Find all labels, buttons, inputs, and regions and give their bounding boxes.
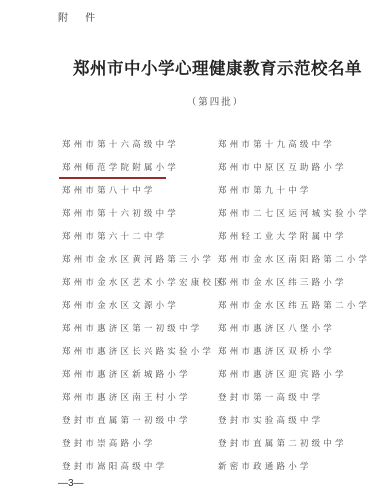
list-item: 登封市直属第二初级中学: [218, 437, 370, 460]
list-item: 郑州市金水区艺术小学宏康校区: [62, 276, 226, 299]
school-list-left: 郑州市第十六高级中学 郑州师范学院附属小学 郑州市第八十中学 郑州市第十六初级中…: [62, 138, 226, 483]
list-item: 郑州市金水区纬三路小学: [218, 276, 370, 299]
list-item: 郑州市第十六初级中学: [62, 207, 226, 230]
list-item: 郑州市第十六高级中学: [62, 138, 226, 161]
list-item: 郑州市金水区纬五路第二小学: [218, 299, 370, 322]
list-item: 郑州市惠济区新城路小学: [62, 368, 226, 391]
school-list-right: 郑州市第十九高级中学 郑州市中原区互助路小学 郑州市第九十中学 郑州市二七区运河…: [218, 138, 370, 483]
batch-label: （第四批）: [0, 94, 379, 108]
list-item: 郑州市惠济区双桥小学: [218, 345, 370, 368]
list-item: 郑州市第八十中学: [62, 184, 226, 207]
list-item: 登封市嵩阳高级中学: [62, 460, 226, 483]
list-item: 郑州市惠济区迎宾路小学: [218, 368, 370, 391]
list-item: 登封市实验高级中学: [218, 414, 370, 437]
list-item: 郑州市金水区南阳路第二小学: [218, 253, 370, 276]
list-item: 郑州市惠济区南王村小学: [62, 391, 226, 414]
list-item: 新密市政通路小学: [218, 460, 370, 483]
list-item: 郑州市二七区运河城实验小学: [218, 207, 370, 230]
list-item: 郑州市中原区互助路小学: [218, 161, 370, 184]
list-item: 郑州轻工业大学附属中学: [218, 230, 370, 253]
list-item: 郑州市惠济区长兴路实验小学: [62, 345, 226, 368]
page-number: —3—: [58, 478, 84, 489]
attachment-label: 附 件: [58, 9, 102, 24]
list-item: 登封市直属第一初级中学: [62, 414, 226, 437]
list-item: 郑州市金水区黄河路第三小学: [62, 253, 226, 276]
list-item: 郑州市第十九高级中学: [218, 138, 370, 161]
list-item: 郑州市惠济区第一初级中学: [62, 322, 226, 345]
list-item: 郑州市第九十中学: [218, 184, 370, 207]
list-item: 郑州市金水区文源小学: [62, 299, 226, 322]
list-item: 登封市崇高路小学: [62, 437, 226, 460]
list-item: 登封市第一高级中学: [218, 391, 370, 414]
list-item: 郑州市惠济区八堡小学: [218, 322, 370, 345]
list-item-highlighted: 郑州师范学院附属小学: [62, 161, 226, 184]
document-title: 郑州市中小学心理健康教育示范校名单: [0, 55, 379, 79]
list-item: 郑州市第六十二中学: [62, 230, 226, 253]
